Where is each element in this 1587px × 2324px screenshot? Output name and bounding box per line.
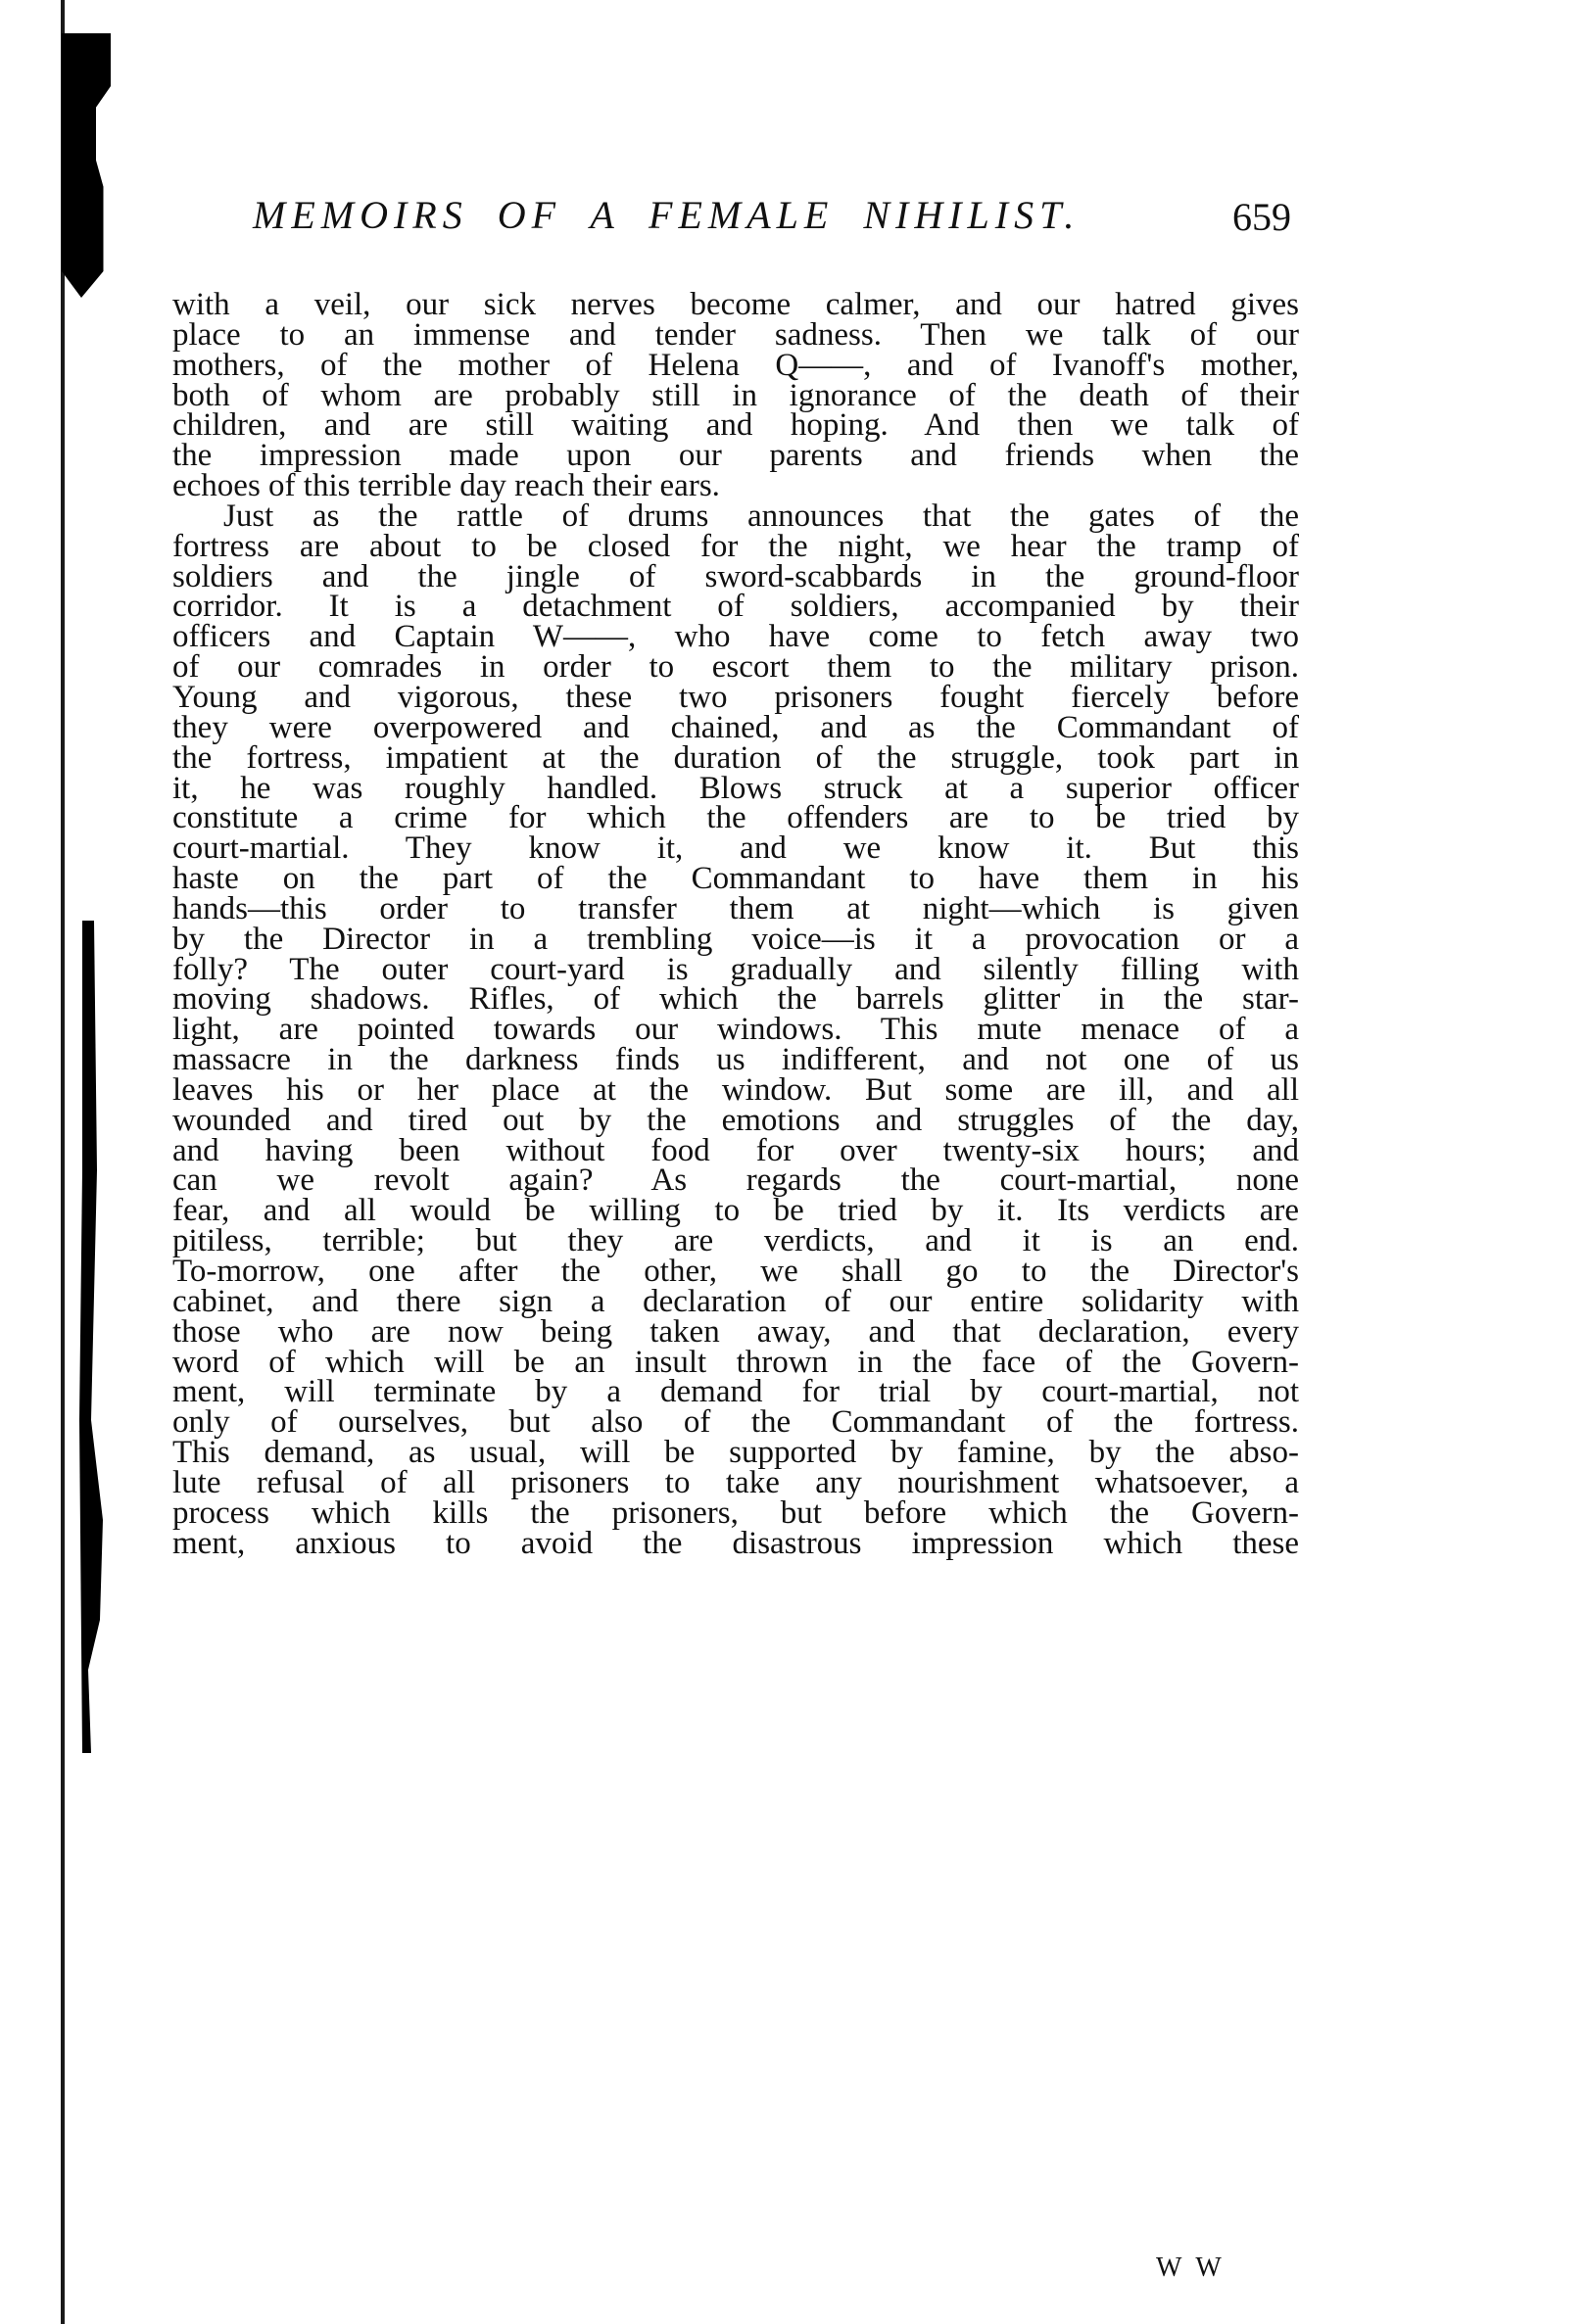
- scan-blot-middle: [73, 921, 103, 1753]
- text-line: hands—this order to transfer them at nig…: [172, 894, 1299, 925]
- page-number: 659: [1232, 194, 1291, 240]
- text-line: massacre in the darkness finds us indiff…: [172, 1045, 1299, 1075]
- text-line: light, are pointed towards our windows. …: [172, 1015, 1299, 1045]
- text-line: ment, will terminate by a demand for tri…: [172, 1377, 1299, 1407]
- text-line: of our comrades in order to escort them …: [172, 652, 1299, 683]
- text-line: those who are now being taken away, and …: [172, 1317, 1299, 1348]
- text-line: To-morrow, one after the other, we shall…: [172, 1257, 1299, 1287]
- text-line: pitiless, terrible; but they are verdict…: [172, 1226, 1299, 1257]
- text-line: process which kills the prisoners, but b…: [172, 1498, 1299, 1529]
- text-line: corridor. It is a detachment of soldiers…: [172, 592, 1299, 622]
- text-line: and having been without food for over tw…: [172, 1136, 1299, 1166]
- text-line: leaves his or her place at the window. B…: [172, 1075, 1299, 1106]
- text-line: both of whom are probably still in ignor…: [172, 381, 1299, 411]
- text-line: it, he was roughly handled. Blows struck…: [172, 774, 1299, 804]
- page-header: MEMOIRS OF A FEMALE NIHILIST. 659: [253, 192, 1291, 251]
- text-line: they were overpowered and chained, and a…: [172, 713, 1299, 743]
- text-line: lute refusal of all prisoners to take an…: [172, 1468, 1299, 1498]
- text-line: Young and vigorous, these two prisoners …: [172, 683, 1299, 713]
- text-line: officers and Captain W——, who have come …: [172, 622, 1299, 652]
- text-line: court-martial. They know it, and we know…: [172, 833, 1299, 864]
- text-line: folly? The outer court-yard is gradually…: [172, 955, 1299, 985]
- paragraph-start-line: Just as the rattle of drums announces th…: [172, 501, 1299, 532]
- page-binding-edge: [61, 0, 65, 2324]
- text-line: the impression made upon our parents and…: [172, 441, 1299, 471]
- text-line: ment, anxious to avoid the disastrous im…: [172, 1529, 1299, 1559]
- text-line: fortress are about to be closed for the …: [172, 532, 1299, 562]
- text-line: with a veil, our sick nerves become calm…: [172, 290, 1299, 320]
- text-line: by the Director in a trembling voice—is …: [172, 925, 1299, 955]
- scan-blot-top: [62, 33, 111, 298]
- text-line: cabinet, and there sign a declaration of…: [172, 1287, 1299, 1317]
- text-line: mothers, of the mother of Helena Q——, an…: [172, 351, 1299, 381]
- text-line: children, and are still waiting and hopi…: [172, 410, 1299, 441]
- running-title: MEMOIRS OF A FEMALE NIHILIST.: [253, 192, 1080, 238]
- body-text: with a veil, our sick nerves become calm…: [172, 290, 1299, 1558]
- text-line: can we revolt again? As regards the cour…: [172, 1165, 1299, 1196]
- text-line: moving shadows. Rifles, of which the bar…: [172, 984, 1299, 1015]
- text-line: echoes of this terrible day reach their …: [172, 471, 1299, 501]
- text-line: only of ourselves, but also of the Comma…: [172, 1407, 1299, 1438]
- text-line: This demand, as usual, will be supported…: [172, 1438, 1299, 1468]
- text-line: place to an immense and tender sadness. …: [172, 320, 1299, 351]
- text-line: haste on the part of the Commandant to h…: [172, 864, 1299, 894]
- signature-mark: W W: [1156, 2253, 1226, 2284]
- text-line: fear, and all would be willing to be tri…: [172, 1196, 1299, 1226]
- text-line: soldiers and the jingle of sword-scabbar…: [172, 562, 1299, 593]
- text-line: wounded and tired out by the emotions an…: [172, 1106, 1299, 1136]
- text-line: constitute a crime for which the offende…: [172, 803, 1299, 833]
- text-line: word of which will be an insult thrown i…: [172, 1348, 1299, 1378]
- text-line: the fortress, impatient at the duration …: [172, 743, 1299, 774]
